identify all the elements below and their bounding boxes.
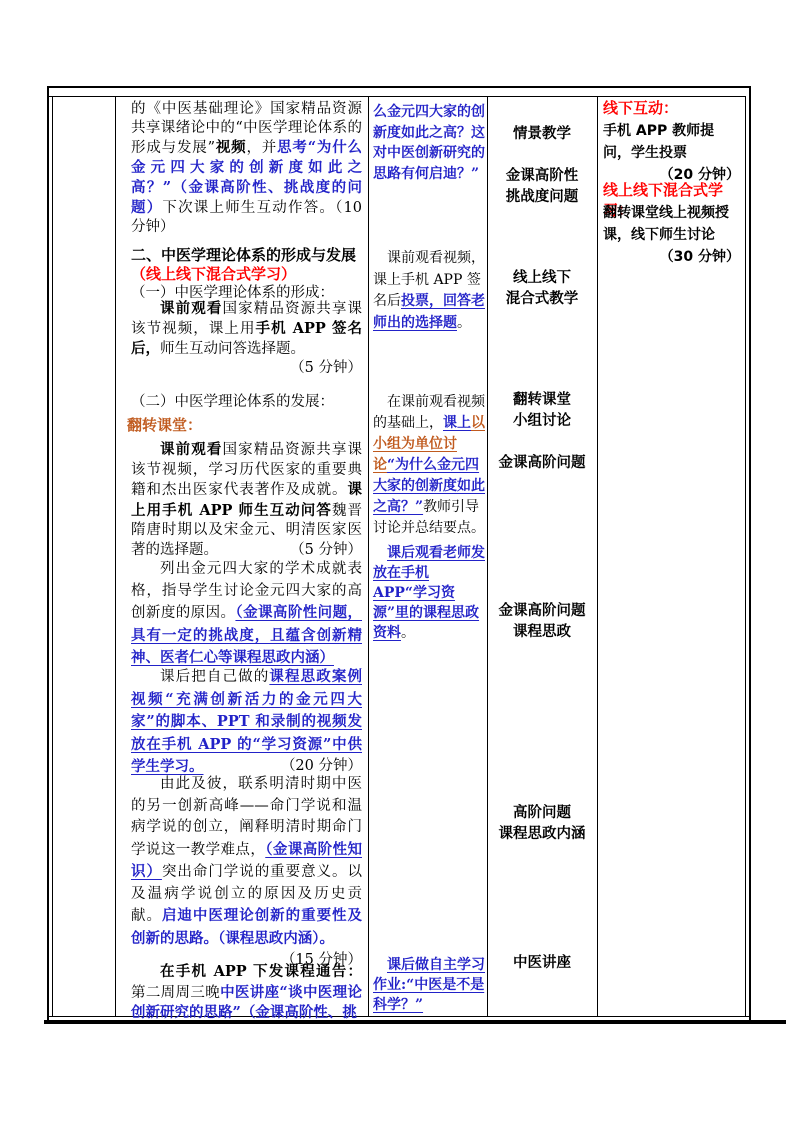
method-label-golden-course-challenge-question: 金课高阶性 挑战度问题 (487, 166, 597, 208)
table-outer-top-border (47, 86, 750, 88)
blended-learning-mode-heading: （线上线下混合式学习） (115, 264, 368, 284)
teaching-content-paragraph-2: 课前观看国家精品资源共享课该节视频，课上用手机 APP 签名后，师生互动问答选择… (115, 299, 368, 378)
table-inner-right-border (745, 96, 746, 1016)
teaching-content-paragraph-1: 的《中医基础理论》国家精品资源共享课绪论中的“中医学理论体系的形成与发展”视频，… (115, 100, 368, 237)
method-label-blended-teaching: 线上线下 混合式教学 (487, 268, 597, 310)
flipped-classroom-heading: 翻转课堂： (115, 415, 368, 435)
teaching-content-paragraph-7: 在手机 APP 下发课程通告：第二周周三晚中医讲座“谈中医理论创新研究的思路”（… (115, 962, 368, 1024)
student-activity-paragraph-5: 课后做自主学习作业:“中医是不是科学？” (368, 955, 487, 1015)
text-run: 在手机 APP 下发课程通告： (160, 963, 362, 980)
student-activity-paragraph-3: 在课前观看视频的基础上，课上以小组为单位讨论“为什么金元四大家的创新度如此之高？… (368, 392, 487, 539)
student-activity-paragraph-4: 课后观看老师发放在手机 APP“学习资源”里的课程思政资料。 (368, 543, 487, 643)
method-label-tcm-lecture: 中医讲座 (487, 953, 597, 974)
table-inner-left-border (52, 96, 53, 1016)
table-inner-top-border (47, 96, 746, 97)
blended-learning-body: 翻转课堂线上视频授课，线下师生讨论 (597, 202, 745, 246)
text-run: 么金元四大家的创新度如此之高？这对中医创新研究的思路有何启迪？” (373, 104, 485, 182)
table-outer-right-border (749, 86, 751, 1020)
teaching-content-paragraph-3: 课前观看国家精品资源共享课该节视频，学习历代医家的重要典籍和杰出医家代表著作及成… (115, 440, 368, 560)
text-run: 课后观看老师发放在手机 APP“学习资源”里的课程思政资料 (373, 545, 485, 641)
offline-interaction-body: 手机 APP 教师提问，学生投票（20 分钟） (597, 120, 745, 186)
method-label-golden-course-ideology: 金课高阶问题 课程思政 (487, 601, 597, 643)
method-label-golden-course-question: 金课高阶问题 (487, 453, 597, 474)
offline-interaction-text: 手机 APP 教师提问，学生投票 (603, 123, 714, 161)
text-run: 下次课上师生互动作答。（10 分钟） (131, 200, 362, 235)
text-run: 课后把自己做的 (160, 669, 269, 685)
text-run: （5 分钟） (261, 359, 362, 378)
student-activity-paragraph-1: 么金元四大家的创新度如此之高？这对中医创新研究的思路有何启迪？” (368, 102, 487, 184)
text-run: 课前观看 (160, 300, 223, 317)
text-run: 第二周周三晚 (131, 985, 220, 1001)
section-heading: 二、中医学理论体系的形成与发展 (115, 245, 368, 265)
text-run: 。 (457, 315, 471, 331)
teaching-content-paragraph-4: 列出金元四大家的学术成就表格，指导学生讨论金元四大家的高创新度的原因。（金课高阶… (115, 559, 368, 670)
column-divider-3 (487, 96, 488, 1016)
text-run: 师生互动问答选择题。 (160, 341, 305, 357)
text-run: 课后做自主学习作业:“中医是不是科学？” (373, 957, 485, 1013)
table-outer-left-border (47, 86, 49, 1020)
text-run: ，并 (246, 140, 277, 156)
blended-learning-time: （30 分钟） (597, 246, 745, 268)
method-label-flipped-classroom-group-discussion: 翻转课堂 小组讨论 (487, 390, 597, 432)
text-run: 启迪中医理论创新的重要性及创新的思路。（课程思政内涵）。 (131, 907, 362, 947)
text-run: 视频 (215, 139, 246, 156)
text-run: 课前观看 (160, 441, 223, 458)
student-activity-paragraph-2: 课前观看视频，课上手机 APP 签名后投票，回答老师出的选择题。 (368, 248, 487, 334)
method-label-scenario-teaching: 情景教学 (487, 124, 597, 145)
method-label-advanced-question-ideology: 高阶问题 课程思政内涵 (487, 803, 597, 845)
text-run: 。 (401, 625, 415, 641)
offline-interaction-heading: 线下互动： (597, 98, 745, 118)
teaching-content-paragraph-6: 由此及彼，联系明清时期中医的另一创新高峰——命门学说和温病学说的创立，阐释明清时… (115, 774, 368, 972)
subsection-2-heading: （二）中医学理论体系的发展： (115, 392, 368, 412)
text-run: 课上 (443, 415, 471, 431)
teaching-content-paragraph-5: 课后把自己做的课程思政案例视频“充满创新活力的金元四大家”的脚本、PPT 和录制… (115, 666, 368, 779)
text-run: （5 分钟） (261, 541, 362, 561)
